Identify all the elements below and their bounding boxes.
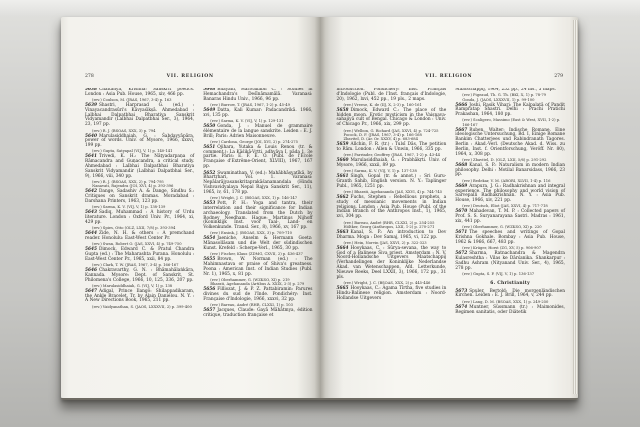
bibliography-entry: 5644Zide, N. H. & others : A premchand r… bbox=[85, 232, 194, 246]
review-list: (rev.) Swan, Robert O. (JAS, XXVI, 4) p.… bbox=[92, 242, 194, 246]
entry-body: 5657Jacques, Claude: Gayā Māhātmya, édit… bbox=[203, 309, 312, 319]
review-list: (rev.) Bedekar, V. M. (ABORI, XLVII, 1-4… bbox=[462, 179, 565, 183]
entry-text: Kanal, S. P.: Naturalism in modern India… bbox=[455, 163, 565, 178]
entry-body: 5654Jaeniche, Anselm & Hermann Goetz: Mā… bbox=[203, 237, 312, 251]
review-list: (rev.) Oberhammer, G. (WZKSO, XI) p. 220 bbox=[462, 225, 565, 229]
column: Maatschappij, 1964, 252 pp., 24 ills., 5… bbox=[455, 88, 565, 382]
entry-body: 5644Zide, N. H. & others : A premchand r… bbox=[85, 232, 194, 242]
review-line: (rev.) Sarma, K. V. (VIJ, V, 1) p. 138-1… bbox=[92, 205, 194, 209]
entry-text: Chakravarthy, G. N. : Bhāmahālaṅkāra, Ka… bbox=[85, 268, 194, 283]
bibliography-entry: 5656Filliozat, J. & P. Z. Pattabiramin: … bbox=[203, 288, 312, 307]
entry-text: Kanal, S. P.: An introduction to Dev Dha… bbox=[337, 230, 447, 240]
entry-body: 5638Chaitanya, Krishna: Sanskrit poetics… bbox=[85, 88, 194, 98]
bibliography-entry: 5651Ojihara, Yutaka & Louis Renou (tr. &… bbox=[203, 146, 312, 170]
bibliography-entry: 5661Singh, Gopal (tr. & annot.) : Sri Gu… bbox=[337, 175, 447, 194]
entry-body: 5645Dimock, Edward C. & Pratul Chandra G… bbox=[85, 248, 194, 262]
review-line: (rev.) Fischer, Klaus (ZDMG, CXVII, 2) p… bbox=[210, 252, 312, 256]
text-columns: introduction. Pondichéry: Inst. Français… bbox=[320, 88, 579, 382]
entry-text: Arapura, J. G.: Radhakrishnan and integr… bbox=[455, 184, 565, 203]
entry-body: 5662Fuchs, Stephen : Rebellious prophets… bbox=[337, 196, 447, 220]
entry-text: Hooykaas, C.: Āgama Tīrtha, five studies… bbox=[337, 286, 447, 301]
review-line: (rev.) Parrinder, Geoffrey (JRAS, 1967, … bbox=[344, 153, 447, 157]
entry-body: 5671The speeches and writings of Gopal K… bbox=[455, 231, 565, 245]
entry-body: 5663Kanal, S. P.: An introduction to Dev… bbox=[337, 231, 447, 241]
entry-text: Joshi, Rasik Vihari: The Kalpalatā of Pa… bbox=[455, 103, 565, 118]
bibliography-entry: 5665Hooykaas, C.: Āgama Tīrtha, five stu… bbox=[337, 287, 447, 301]
entry-body: 5639Shastri, Harprasad G. (ed.) : Vinaya… bbox=[85, 104, 194, 128]
bibliography-entry: 5666Joshi, Rasik Vihari: The Kalpalatā o… bbox=[455, 104, 565, 127]
bibliography-entry: introduction. Pondichéry: Inst. Français… bbox=[337, 88, 447, 107]
review-list: (rev.) Krüger, Horst (ZG, XV, 5) p. 906-… bbox=[462, 246, 565, 250]
entry-text: Sadiq, Muhammad : A history of Urdu lite… bbox=[85, 210, 194, 225]
entry-text: Bhayani, Harivallabh C. : Studies in Hem… bbox=[203, 88, 312, 102]
review-list: (rev.) Fischer, Klaus (ZDMG, CXVII, 2) p… bbox=[210, 252, 312, 256]
bibliography-entry: 5659Allchin, F. R. (tr.) : Tulsī Dās, Th… bbox=[337, 143, 447, 157]
entry-body: 5641Trivedi, K. H.: The Nāṭyadarpaṇa of … bbox=[85, 155, 194, 179]
entry-text: Dange, Sadashiv A. & Dange, Sindhu S.: C… bbox=[85, 189, 194, 204]
entry-body: 5661Singh, Gopal (tr. & annot.) : Sri Gu… bbox=[337, 175, 447, 189]
entry-body: 5640Marulasiddhaiah, G. : Śabdavyāpāra, … bbox=[85, 135, 194, 149]
review-list: (rev.) Scaligero, Massimo (East & West, … bbox=[462, 118, 565, 126]
review-line: (rev.) Marulasiddhaiah, G. (VIJ, V, 1) p… bbox=[92, 284, 194, 288]
review-list: (rev.) Deutsch, Eliot (JAS, XXVI, 4) p. … bbox=[462, 204, 565, 208]
entry-body: 5673Spuler, Bertold: Die morgenländische… bbox=[455, 290, 565, 300]
review-line: (rev.) Cardona, George (JOI, XVI, 2) p. … bbox=[210, 140, 312, 144]
review-line: Zbavitel, D. (Ar. Or. XXXV, 4) p. 683-68… bbox=[344, 137, 447, 141]
review-list: (rev.) Bharati, Agehananda (JAS, XXVI, 4… bbox=[344, 190, 447, 194]
review-line: (rev.) Gupta, S. P. (VIJ, V, 1) p. 136-1… bbox=[462, 272, 565, 276]
entry-text: Dimock, Edward C.: The place of the hidd… bbox=[337, 108, 447, 127]
review-list: (rev.) Pigeaud, Th. G. Th. (BKI, X, 1) p… bbox=[462, 93, 565, 101]
running-head: VII. RELIGION bbox=[320, 74, 579, 79]
review-line: (rev.) Deutsch, Eliot (JAS, XXVI, 4) p. … bbox=[462, 204, 565, 208]
entry-text: Pott, P. H.: Yoga and tantra, their inte… bbox=[203, 201, 312, 230]
review-line: (rev.) R. J. (BSOAS, XXX, 3) p. 794 bbox=[92, 129, 194, 133]
review-list: (rev.) Sarma, K. V. (VIJ, V, 1) p. 138-1… bbox=[92, 205, 194, 209]
review-line: (rev.) Wright, J. C. (BSOAS, XXX, 2) p. … bbox=[344, 281, 447, 285]
entry-body: 5668Kanal, S. P.: Naturalism in modern I… bbox=[455, 164, 565, 178]
entry-body: 5658Dimock, Edward C.: The place of the … bbox=[337, 109, 447, 128]
review-line: (rev.) Krüger, Horst (ZG, XV, 5) p. 906-… bbox=[462, 246, 565, 250]
entry-text: Brown, W. Norman (ed.) : The Mahimnastav… bbox=[203, 257, 312, 276]
entry-body: 5660Marulasiddhaiah, G. : Prabhākṛti. Un… bbox=[337, 159, 447, 169]
entry-text: Singh, Gopal (tr. & annot.) : Sri Guru-G… bbox=[337, 174, 447, 189]
page-edge-stack bbox=[573, 20, 578, 394]
bibliography-entry: 5653Pott, P. H.: Yoga and tantra, their … bbox=[203, 202, 312, 235]
entry-text: Allchin, F. R. (tr.) : Tulsī Dās, The pe… bbox=[337, 142, 447, 152]
entry-text: Dimock, Edward C. & Pratul Chandra Gupta… bbox=[85, 247, 194, 262]
review-list: (rev.) Ensink, J. (BSOAS, XXX, 3) p. 709… bbox=[210, 231, 312, 235]
review-list: (rev.) Cardona, George (JOI, XVI, 2) p. … bbox=[210, 140, 312, 144]
review-line: (rev.) Vreese, K. de (IIJ, X, 2-3) p. 16… bbox=[344, 103, 447, 107]
bibliography-entry: 5646Chakravarthy, G. N. : Bhāmahālaṅkāra… bbox=[85, 269, 194, 288]
review-list: (rev.) Bareau, André (RHR, CLXXI, 2) p. … bbox=[344, 221, 447, 229]
review-list: (rev.) Gupta, S. P. (VIJ, V, 1) p. 136-1… bbox=[462, 272, 565, 276]
review-list: (rev.) Marulasiddhaiah, G. (VIJ, V, 1) p… bbox=[92, 284, 194, 288]
entry-body: 5642Dange, Sadashiv A. & Dange, Sindhu S… bbox=[85, 190, 194, 204]
review-line: (rev.) Swan, Robert O. (JAS, XXVI, 4) p.… bbox=[92, 242, 194, 246]
entry-text: Filliozat, J. & P. Z. Pattabiramin: Paru… bbox=[203, 287, 312, 302]
bibliography-entry: 5642Dange, Sadashiv A. & Dange, Sindhu S… bbox=[85, 190, 194, 209]
bibliography-entry: 5669Arapura, J. G.: Radhakrishnan and in… bbox=[455, 185, 565, 209]
bibliography-entry: 5670Mahadevan, T. M. P. : Collected pape… bbox=[455, 210, 565, 229]
bibliography-entry: 5640Marulasiddhaiah, G. : Śabdavyāpāra, … bbox=[85, 135, 194, 154]
entry-body: 5653Pott, P. H.: Yoga and tantra, their … bbox=[203, 202, 312, 231]
bibliography-entry: 5658Dimock, Edward C.: The place of the … bbox=[337, 109, 447, 141]
left-page-header: 278 VII. RELIGION bbox=[61, 74, 320, 80]
review-line: Bharati, Agehananda (Artibus A. XXIX, 2-… bbox=[210, 282, 312, 286]
review-line: (rev.) Spies, Otto (OLZ, LXII, 7/8) p. 3… bbox=[92, 226, 194, 230]
running-head: VII. RELIGION bbox=[61, 74, 320, 79]
review-line: (rev.) Clark, T. W. (JRAS, 1967, 3-4) p.… bbox=[92, 263, 194, 267]
review-line: (rev.) Scaligero, Massimo (East & West, … bbox=[462, 118, 565, 126]
review-line: (rev.) Ensink, J. (BSOAS, XXX, 3) p. 709… bbox=[210, 231, 312, 235]
entry-text: Fuchs, Stephen : Rebellious prophets, a … bbox=[337, 195, 447, 219]
entry-text: Jaeniche, Anselm & Hermann Goetz: Mānaso… bbox=[203, 236, 312, 251]
entry-body: 5665Hooykaas, C.: Āgama Tīrtha, five stu… bbox=[337, 287, 447, 301]
entry-body: 5652Swaminathan, V. (ed.): Mahābhāṣyaṭīk… bbox=[203, 172, 312, 196]
review-line: (rev.) Oberhammer, G. (WZKSO, XI) p. 220 bbox=[462, 225, 565, 229]
review-list: (rev.) Sarma, K. V. (VIJ, V, 1) p. 137-1… bbox=[344, 169, 447, 173]
review-list: (rev.) Oberhammer, G. (WZKSO, XI) p. 219… bbox=[210, 278, 312, 286]
entry-body: 5649Datta, Kali Kumar: Padacandrikā. 196… bbox=[203, 109, 312, 119]
text-columns: 5638Chaitanya, Krishna: Sanskrit poetics… bbox=[61, 88, 320, 382]
review-list: (rev.) Parrinder, Geoffrey (JRAS, 1967, … bbox=[344, 153, 447, 157]
entry-text: Muntner, Süssmann (tr.) : Maimonides, Re… bbox=[455, 305, 565, 315]
review-list: (rev.) Bareau, André (RHR, CLXXI, 1) p. … bbox=[210, 303, 312, 307]
entry-text: Mahadevan, T. M. P. : Collected papers o… bbox=[455, 209, 565, 224]
entry-text: Ojihara, Yutaka & Louis Renou (tr. & com… bbox=[203, 145, 312, 169]
review-list: (rev.) Hein, Norvin (JAS, XXVI, 2) p. 32… bbox=[344, 241, 447, 245]
review-line: (rev.) Sarma, K. V. (VIJ, V, 1) p. 129-1… bbox=[210, 119, 312, 123]
entry-text: The speeches and writings of Gopal Krish… bbox=[455, 230, 565, 245]
entry-body: Maatschappij, 1964, 252 pp., 24 ills., 5… bbox=[455, 88, 565, 93]
review-line: (rev.) Bharati, Agehananda (JAS, XXVI, 4… bbox=[344, 190, 447, 194]
right-page-header: VII. RELIGION 279 bbox=[320, 74, 579, 80]
entry-text: Swaminathan, V. (ed.): Mahābhāṣyaṭīkā, b… bbox=[203, 171, 312, 195]
review-list: (rev.) Zbavitel, D. (OLZ, LXII, 5/6) p. … bbox=[462, 158, 565, 162]
review-line: (rev.) Bareau, André (RHR, CLXXI, 1) p. … bbox=[210, 303, 312, 307]
bibliography-entry: 5664Hooykaas, C. : Sūrya-sevana, the way… bbox=[337, 247, 447, 285]
entry-body: 5646Chakravarthy, G. N. : Bhāmahālaṅkāra… bbox=[85, 269, 194, 283]
review-line: Gonda, J. (JAOS, LXXXVII, 1) p. 99-100 bbox=[462, 98, 565, 102]
bibliography-entry: 5645Dimock, Edward C. & Pratul Chandra G… bbox=[85, 248, 194, 267]
review-line: (rev.) Zbavitel, D. (OLZ, LXII, 5/6) p. … bbox=[462, 158, 565, 162]
review-line: (rev.) Bedekar, V. M. (ABORI, XLVII, 1-4… bbox=[462, 179, 565, 183]
entry-body: 5664Hooykaas, C. : Sūrya-sevana, the way… bbox=[337, 247, 447, 281]
entry-body: 5666Joshi, Rasik Vihari: The Kalpalatā o… bbox=[455, 104, 565, 118]
entry-body: 5659Allchin, F. R. (tr.) : Tulsī Dās, Th… bbox=[337, 143, 447, 153]
entry-text: Spuler, Bertold: Die morgenländischen Ki… bbox=[455, 289, 565, 299]
bibliography-entry: 6. Christianity bbox=[455, 281, 565, 286]
bibliography-entry: 5639Shastri, Harprasad G. (ed.) : Vinaya… bbox=[85, 104, 194, 133]
entry-body: 5672Sharma, Ratnachandra & Magendra Kula… bbox=[455, 252, 565, 271]
review-line: (rev.) Coulson, M. (JRAS, 1967, 3-4) p. … bbox=[92, 98, 194, 102]
review-list: (rev.) Lang, D. M. (BSOAS, XXX, 1) p. 24… bbox=[462, 300, 565, 304]
page-number: 279 bbox=[554, 74, 563, 79]
bibliography-entry: 5673Spuler, Bertold: Die morgenländische… bbox=[455, 290, 565, 304]
entry-text: Marulasiddhaiah, G. : Prabhākṛti. Univ. … bbox=[337, 158, 447, 168]
review-list: (rev.) Vaidyanathan, S. (JAOS, LXXXVII, … bbox=[92, 305, 194, 309]
review-list: (rev.) Gupta, Satyapal (VIJ, V, 1) p. 14… bbox=[92, 149, 194, 153]
review-line: Nanavati, Rajendra (JOI, XVI, 4) p. 393-… bbox=[92, 184, 194, 188]
bibliography-entry: 5657Jacques, Claude: Gayā Māhātmya, édit… bbox=[203, 309, 312, 319]
entry-body: 5643Sadiq, Muhammad : A history of Urdu … bbox=[85, 211, 194, 225]
left-page: 278 VII. RELIGION 5638Chaitanya, Krishna… bbox=[61, 17, 320, 398]
entry-text: Jacques, Claude: Gayā Māhātmya, édition … bbox=[203, 308, 312, 318]
bibliography-entry: 5672Sharma, Ratnachandra & Magendra Kula… bbox=[455, 252, 565, 276]
entry-text: Shastri, Harprasad G. (ed.) : Vinayacand… bbox=[85, 103, 194, 127]
entry-text: Sharma, Ratnachandra & Magendra Kulasres… bbox=[455, 251, 565, 270]
entry-body: 5667Ruben, Walter: Indische Romane. Eine… bbox=[455, 129, 565, 158]
entry-text: Adigal, Prince Ilangô: Shilappadikaram, … bbox=[85, 289, 194, 304]
review-line: Höltker, Georg (Anthropos, LXII, 1-2) p.… bbox=[344, 225, 447, 229]
review-list: (rev.) Sarma, K. V. (VIJ, V, 1) p. 129-1… bbox=[210, 119, 312, 123]
entry-text: Datta, Kali Kumar: Padacandrikā. 1966, x… bbox=[203, 108, 312, 118]
entry-body: 5655Brown, W. Norman (ed.) : The Mahimna… bbox=[203, 258, 312, 277]
review-line: (rev.) Burrow, T. (JRAS, 1967, 1-2) p. 4… bbox=[210, 103, 312, 107]
book-spread: 278 VII. RELIGION 5638Chaitanya, Krishna… bbox=[61, 17, 578, 400]
review-list: (rev.) Vreese, K. de (IIJ, X, 2-3) p. 16… bbox=[344, 103, 447, 107]
entry-body: 5650Gonda, J. : Manuel de grammaire élém… bbox=[203, 125, 312, 139]
bibliography-entry: 5654Jaeniche, Anselm & Hermann Goetz: Mā… bbox=[203, 237, 312, 256]
review-line: (rev.) Hein, Norvin (JAS, XXVI, 2) p. 32… bbox=[344, 241, 447, 245]
entry-text: Gonda, J. : Manuel de grammaire élémenta… bbox=[203, 124, 312, 139]
review-line: (rev.) Vaidyanathan, S. (JAOS, LXXXVII, … bbox=[92, 305, 194, 309]
entry-text: introduction. Pondichéry: Inst. Français… bbox=[337, 88, 447, 102]
bibliography-entry: 5662Fuchs, Stephen : Rebellious prophets… bbox=[337, 196, 447, 229]
review-line: (rev.) Lang, D. M. (BSOAS, XXX, 1) p. 24… bbox=[462, 300, 565, 304]
bibliography-entry: 5667Ruben, Walter: Indische Romane. Eine… bbox=[455, 129, 565, 162]
bibliography-entry: 5650Gonda, J. : Manuel de grammaire élém… bbox=[203, 125, 312, 144]
right-page: VII. RELIGION 279 introduction. Pondiché… bbox=[320, 17, 579, 398]
review-list: (rev.) Coulson, M. (JRAS, 1967, 3-4) p. … bbox=[92, 98, 194, 102]
bibliography-entry: 5671The speeches and writings of Gopal K… bbox=[455, 231, 565, 250]
bibliography-entry: 5648Bhayani, Harivallabh C. : Studies in… bbox=[203, 88, 312, 107]
entry-text: Trivedi, K. H.: The Nāṭyadarpaṇa of Rāma… bbox=[85, 154, 194, 178]
column: 5648Bhayani, Harivallabh C. : Studies in… bbox=[203, 88, 312, 382]
bibliography-entry: 5663Kanal, S. P.: An introduction to Dev… bbox=[337, 231, 447, 245]
entry-body: 5651Ojihara, Yutaka & Louis Renou (tr. &… bbox=[203, 146, 312, 170]
review-line: (rev.) Wright, J. C. (BSOAS, XXX, 1) p. … bbox=[210, 196, 312, 200]
bibliography-entry: 5647Adigal, Prince Ilangô: Shilappadikar… bbox=[85, 290, 194, 309]
review-list: (rev.) Spies, Otto (OLZ, LXII, 7/8) p. 3… bbox=[92, 226, 194, 230]
bibliography-entry: 5643Sadiq, Muhammad : A history of Urdu … bbox=[85, 211, 194, 230]
column: 5638Chaitanya, Krishna: Sanskrit poetics… bbox=[85, 88, 194, 382]
entry-text: Marulasiddhaiah, G. : Śabdavyāpāra, powe… bbox=[85, 134, 194, 149]
review-list: (rev.) Burrow, T. (JRAS, 1967, 1-2) p. 4… bbox=[210, 103, 312, 107]
entry-text: Maatschappij, 1964, 252 pp., 24 ills., 5… bbox=[455, 88, 556, 92]
review-list: (rev.) R. J. (BSOAS, XXX, 2) p. 794-795N… bbox=[92, 180, 194, 188]
column: introduction. Pondichéry: Inst. Français… bbox=[337, 88, 447, 382]
entry-text: Ruben, Walter: Indische Romane. Eine ide… bbox=[455, 128, 565, 157]
entry-text: Hooykaas, C. : Sūrya-sevana, the way to … bbox=[337, 246, 447, 280]
section-heading: 6. Christianity bbox=[455, 281, 565, 286]
review-list: (rev.) Wright, J. C. (BSOAS, XXX, 2) p. … bbox=[344, 281, 447, 285]
bibliography-entry: 5649Datta, Kali Kumar: Padacandrikā. 196… bbox=[203, 109, 312, 123]
bibliography-entry: 5660Marulasiddhaiah, G. : Prabhākṛti. Un… bbox=[337, 159, 447, 173]
review-list: (rev.) Welbon, G. Richard (JAS, XXVI, 4)… bbox=[344, 129, 447, 142]
entry-body: 5670Mahadevan, T. M. P. : Collected pape… bbox=[455, 210, 565, 224]
review-list: (rev.) Clark, T. W. (JRAS, 1967, 3-4) p.… bbox=[92, 263, 194, 267]
bibliography-entry: 5638Chaitanya, Krishna: Sanskrit poetics… bbox=[85, 88, 194, 102]
bibliography-entry: 5641Trivedi, K. H.: The Nāṭyadarpaṇa of … bbox=[85, 155, 194, 188]
entry-text: Zide, N. H. & others : A premchand reade… bbox=[85, 231, 194, 241]
review-list: (rev.) Wright, J. C. (BSOAS, XXX, 1) p. … bbox=[210, 196, 312, 200]
bibliography-entry: 5674Muntner, Süssmann (tr.) : Maimonides… bbox=[455, 306, 565, 316]
bibliography-entry: 5652Swaminathan, V. (ed.): Mahābhāṣyaṭīk… bbox=[203, 172, 312, 201]
review-line: (rev.) Sarma, K. V. (VIJ, V, 1) p. 137-1… bbox=[344, 169, 447, 173]
bibliography-entry: 5655Brown, W. Norman (ed.) : The Mahimna… bbox=[203, 258, 312, 286]
entry-body: 5656Filliozat, J. & P. Z. Pattabiramin: … bbox=[203, 288, 312, 302]
entry-text: Chaitanya, Krishna: Sanskrit poetics. Lo… bbox=[85, 88, 194, 97]
review-line: (rev.) Gupta, Satyapal (VIJ, V, 1) p. 14… bbox=[92, 149, 194, 153]
bibliography-entry: 5668Kanal, S. P.: Naturalism in modern I… bbox=[455, 164, 565, 183]
entry-body: 5669Arapura, J. G.: Radhakrishnan and in… bbox=[455, 185, 565, 204]
entry-body: 5648Bhayani, Harivallabh C. : Studies in… bbox=[203, 88, 312, 102]
entry-body: introduction. Pondichéry: Inst. Français… bbox=[337, 88, 447, 102]
entry-body: 5674Muntner, Süssmann (tr.) : Maimonides… bbox=[455, 306, 565, 316]
photo-backdrop: 278 VII. RELIGION 5638Chaitanya, Krishna… bbox=[0, 0, 640, 427]
entry-body: 5647Adigal, Prince Ilangô: Shilappadikar… bbox=[85, 290, 194, 304]
bibliography-entry: Maatschappij, 1964, 252 pp., 24 ills., 5… bbox=[455, 88, 565, 102]
review-list: (rev.) R. J. (BSOAS, XXX, 3) p. 794 bbox=[92, 129, 194, 133]
